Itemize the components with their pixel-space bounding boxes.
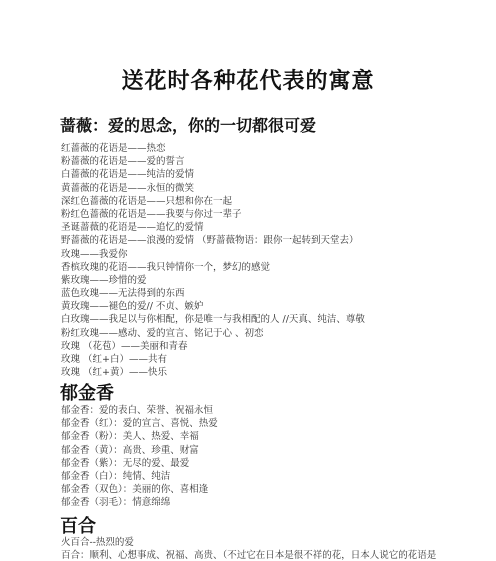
- list-item: 玫瑰 （红+黄）——快乐: [61, 366, 365, 379]
- list-item: 郁金香（粉）：美人、热爱、幸福: [61, 430, 218, 443]
- list-item: 黄玫瑰——褪色的爱// 不贞、嫉妒: [61, 300, 365, 313]
- list-item: 白蔷薇的花语是——纯洁的爱情: [61, 168, 365, 181]
- rose-meaning-list: 红蔷薇的花语是——热恋 粉蔷薇的花语是——爱的誓言 白蔷薇的花语是——纯洁的爱情…: [61, 142, 365, 379]
- list-item: 黄蔷薇的花语是——永恒的微笑: [61, 182, 365, 195]
- page-title: 送花时各种花代表的寓意: [0, 64, 496, 95]
- list-item: 圣诞蔷薇的花语是——追忆的爱情: [61, 221, 365, 234]
- list-item: 玫瑰 （花苞）——美丽和青春: [61, 340, 365, 353]
- list-item: 郁金香（紫）：无尽的爱、最爱: [61, 457, 218, 470]
- section-heading-tulip: 郁金香: [60, 379, 114, 405]
- list-item: 紫玫瑰——珍惜的爱: [61, 274, 365, 287]
- list-item: 玫瑰——我爱你: [61, 248, 365, 261]
- list-item: 郁金香（双色）：美丽的你、喜相逢: [61, 483, 218, 496]
- list-item: 火百合--热烈的爱: [61, 536, 436, 549]
- list-item: 粉蔷薇的花语是——爱的誓言: [61, 155, 365, 168]
- list-item: 红蔷薇的花语是——热恋: [61, 142, 365, 155]
- section-heading-lily: 百合: [60, 512, 96, 538]
- list-item: 百合：顺利、心想事成、祝福、高贵、（不过它在日本是很不祥的花，日本人说它的花语是: [61, 549, 436, 561]
- list-item: 郁金香（白）：纯情、纯洁: [61, 470, 218, 483]
- list-item: 野蔷薇的花语是——浪漫的爱情 （野蔷薇物语：跟你一起转到天堂去）: [61, 234, 365, 247]
- list-item: 玫瑰 （红+白）——共有: [61, 353, 365, 366]
- list-item: 郁金香（黄）：高贵、珍重、财富: [61, 444, 218, 457]
- tulip-meaning-list: 郁金香：爱的表白、荣誉、祝福永恒 郁金香（红）：爱的宣言、喜悦、热爱 郁金香（粉…: [61, 404, 218, 510]
- list-item: 粉红色蔷薇的花语是——我要与你过一辈子: [61, 208, 365, 221]
- list-item: 粉红玫瑰——感动、爱的宣言、铭记于心 、初恋: [61, 327, 365, 340]
- list-item: 白玫瑰——我足以与你相配，你是唯一与我相配的人 //天真、纯洁、尊敬: [61, 313, 365, 326]
- list-item: 郁金香（羽毛）：情意绵绵: [61, 496, 218, 509]
- list-item: 郁金香（红）：爱的宣言、喜悦、热爱: [61, 417, 218, 430]
- lily-meaning-list: 火百合--热烈的爱 百合：顺利、心想事成、祝福、高贵、（不过它在日本是很不祥的花…: [61, 536, 436, 561]
- list-item: 香槟玫瑰的花语——我只钟情你一个，梦幻的感觉: [61, 261, 365, 274]
- list-item: 蓝色玫瑰——无法得到的东西: [61, 287, 365, 300]
- list-item: 深红色蔷薇的花语是——只想和你在一起: [61, 195, 365, 208]
- section-heading-rose: 蔷薇：爱的思念，你的一切都很可爱: [60, 113, 316, 136]
- list-item: 郁金香：爱的表白、荣誉、祝福永恒: [61, 404, 218, 417]
